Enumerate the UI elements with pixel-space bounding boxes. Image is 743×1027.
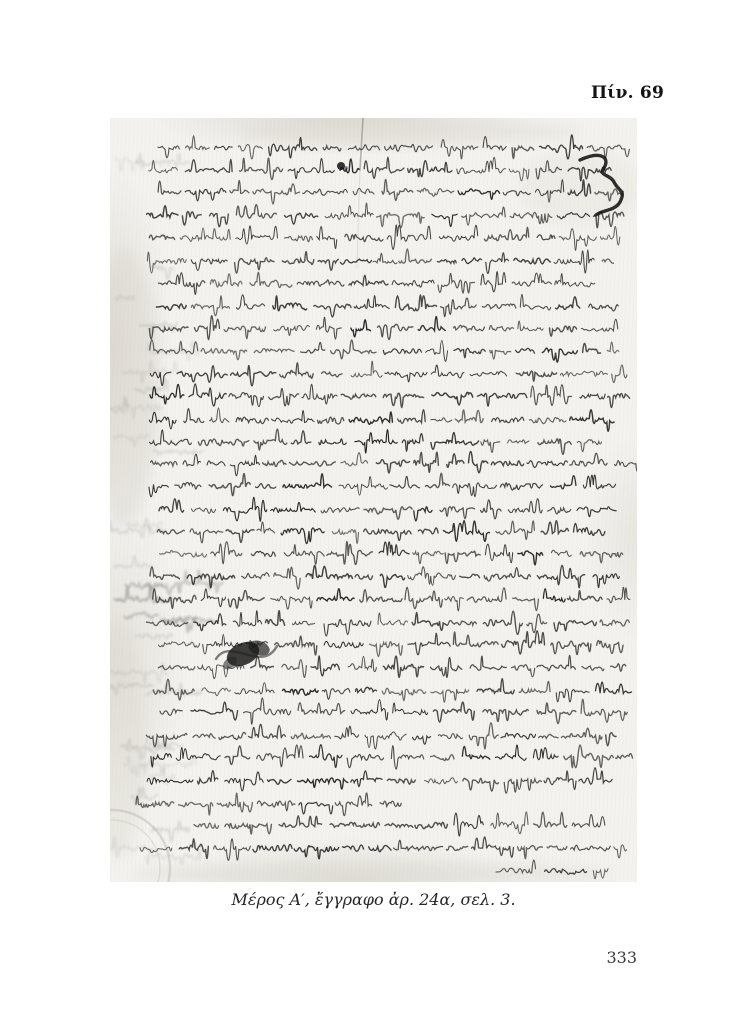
figure-caption: Μέρος Α′, ἔγγραφο ἀρ. 24α, σελ. 3. (110, 890, 637, 909)
paper-mottling (110, 120, 637, 882)
book-page: Πίν. 69 Μέρος Α′, ἔγγραφο ἀρ. 24α, σελ. … (0, 0, 743, 1027)
manuscript-scan (110, 118, 637, 882)
manuscript-image (110, 118, 637, 882)
handwriting-lines (136, 135, 637, 879)
plate-label: Πίν. 69 (591, 83, 664, 103)
page-number: 333 (537, 948, 637, 967)
